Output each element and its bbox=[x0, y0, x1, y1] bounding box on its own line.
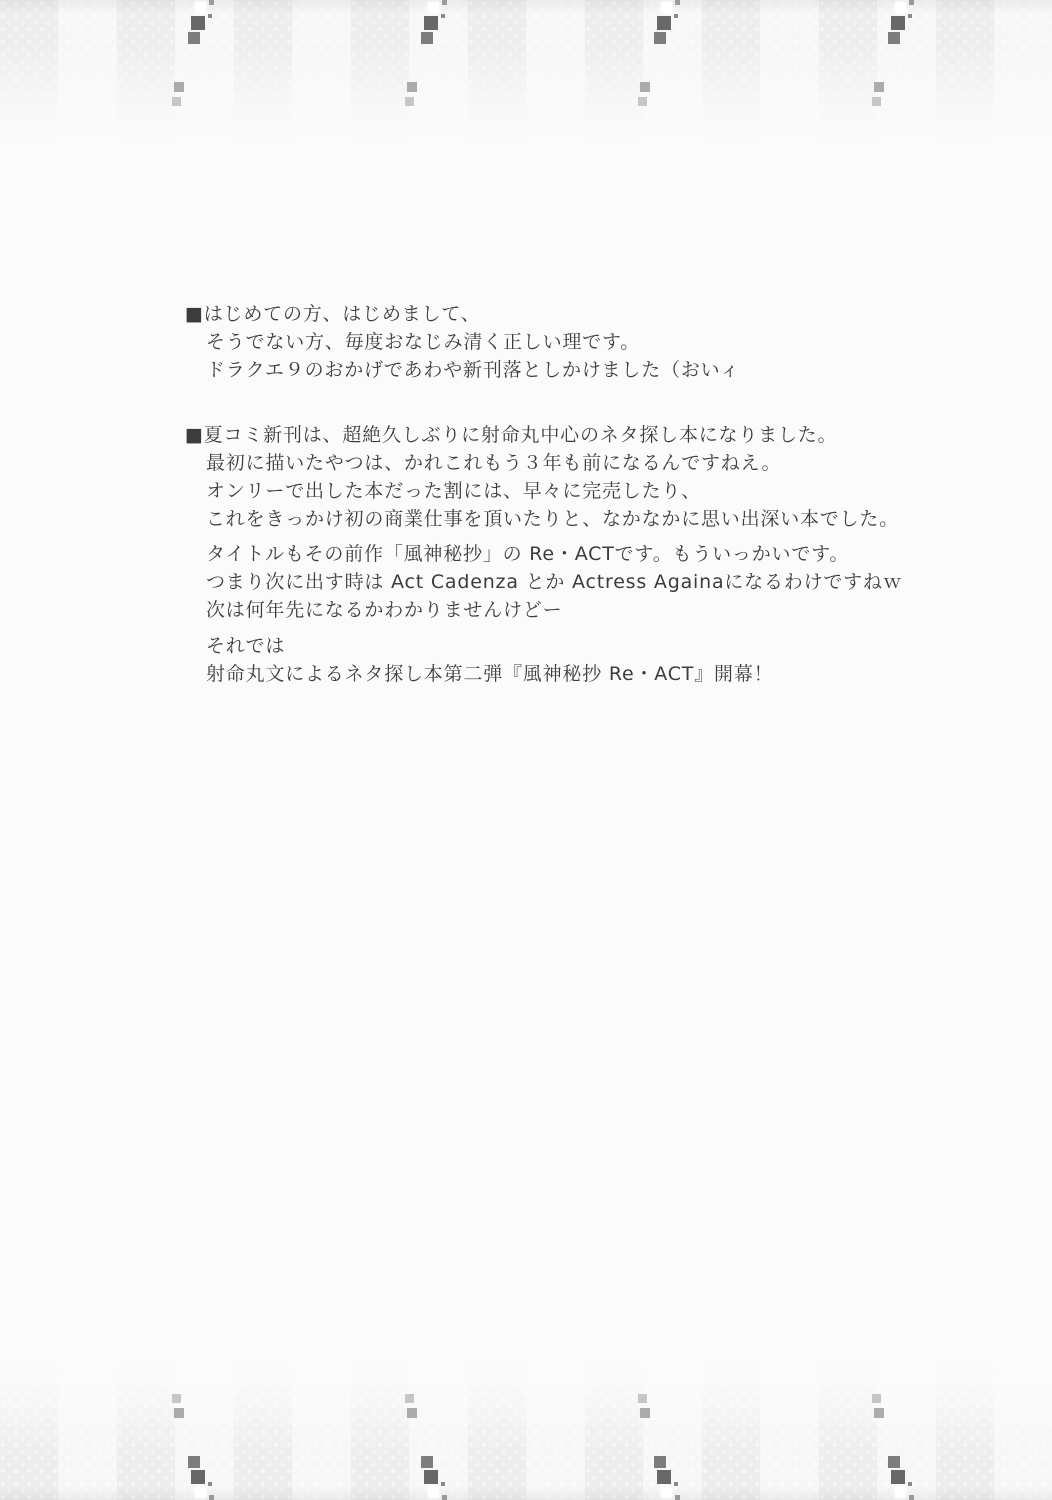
pixel-square-icon bbox=[441, 14, 445, 18]
pixel-square-icon bbox=[888, 1456, 900, 1468]
pixel-square-icon bbox=[441, 1482, 445, 1486]
top-decorative-band bbox=[0, 0, 1052, 150]
pixel-square-icon bbox=[208, 1482, 212, 1486]
bottom-decorative-band bbox=[0, 1350, 1052, 1500]
text-line: ドラクエ９のおかげであわや新刊落としかけました（おいィ bbox=[185, 356, 740, 384]
pixel-trail-ornament bbox=[872, 1385, 914, 1500]
pixel-trail-ornament bbox=[638, 0, 680, 115]
pixel-square-icon bbox=[424, 1470, 438, 1484]
pixel-square-icon bbox=[428, 2, 439, 13]
pixel-square-icon bbox=[675, 1495, 680, 1500]
pixel-trail-ornament bbox=[405, 0, 447, 115]
pixel-trail-ornament bbox=[405, 1385, 447, 1500]
pixel-trail-ornament bbox=[872, 0, 914, 115]
text-line: ■夏コミ新刊は、超絶久しぶりに射命丸中心のネタ探し本になりました。 bbox=[185, 421, 899, 449]
pixel-square-icon bbox=[195, 2, 206, 13]
scanned-afterword-page: ■はじめての方、はじめまして、 そうでない方、毎度おなじみ清く正しい理です。 ド… bbox=[0, 0, 1052, 1500]
pixel-square-icon bbox=[657, 16, 671, 30]
pixel-square-icon bbox=[405, 97, 414, 106]
text-line: オンリーで出した本だった割には、早々に完売したり、 bbox=[185, 477, 899, 505]
pixel-square-icon bbox=[208, 14, 212, 18]
pixel-trail-ornament bbox=[172, 1385, 214, 1500]
pixel-square-icon bbox=[188, 1456, 200, 1468]
text-line: 次は何年先になるかわかりませんけどー bbox=[185, 596, 903, 624]
pixel-square-icon bbox=[442, 0, 447, 5]
pixel-square-icon bbox=[191, 1470, 205, 1484]
pixel-square-icon bbox=[895, 1487, 906, 1498]
pixel-square-icon bbox=[407, 82, 417, 92]
pixel-square-icon bbox=[191, 16, 205, 30]
pixel-square-icon bbox=[888, 32, 900, 44]
pixel-square-icon bbox=[172, 97, 181, 106]
pixel-square-icon bbox=[442, 1495, 447, 1500]
pixel-square-icon bbox=[674, 14, 678, 18]
text-line: ■はじめての方、はじめまして、 bbox=[185, 300, 740, 328]
pixel-trail-ornament bbox=[638, 1385, 680, 1500]
pixel-square-icon bbox=[872, 97, 881, 106]
pixel-square-icon bbox=[421, 1456, 433, 1468]
text-line: つまり次に出す時は Act Cadenza とか Actress Againaに… bbox=[185, 568, 903, 596]
pixel-square-icon bbox=[654, 1456, 666, 1468]
pixel-square-icon bbox=[675, 0, 680, 5]
pixel-square-icon bbox=[891, 16, 905, 30]
pixel-square-icon bbox=[657, 1470, 671, 1484]
pixel-square-icon bbox=[195, 1487, 206, 1498]
pixel-square-icon bbox=[405, 1394, 414, 1403]
pixel-square-icon bbox=[209, 0, 214, 5]
pixel-square-icon bbox=[174, 82, 184, 92]
pixel-square-icon bbox=[908, 1482, 912, 1486]
pixel-square-icon bbox=[188, 32, 200, 44]
pixel-trail-ornament bbox=[172, 0, 214, 115]
pixel-square-icon bbox=[891, 1470, 905, 1484]
pixel-square-icon bbox=[640, 82, 650, 92]
pixel-square-icon bbox=[428, 1487, 439, 1498]
pixel-square-icon bbox=[661, 2, 672, 13]
pixel-square-icon bbox=[209, 1495, 214, 1500]
pixel-square-icon bbox=[895, 2, 906, 13]
pixel-square-icon bbox=[874, 1408, 884, 1418]
paragraph-new-book: ■夏コミ新刊は、超絶久しぶりに射命丸中心のネタ探し本になりました。 最初に描いた… bbox=[185, 421, 899, 533]
pixel-square-icon bbox=[407, 1408, 417, 1418]
pixel-square-icon bbox=[874, 82, 884, 92]
pixel-square-icon bbox=[421, 32, 433, 44]
pixel-square-icon bbox=[909, 0, 914, 5]
pixel-square-icon bbox=[172, 1394, 181, 1403]
pixel-square-icon bbox=[909, 1495, 914, 1500]
pixel-square-icon bbox=[908, 14, 912, 18]
text-line: 最初に描いたやつは、かれこれもう３年も前になるんですねえ。 bbox=[185, 449, 899, 477]
pixel-square-icon bbox=[661, 1487, 672, 1498]
pixel-square-icon bbox=[638, 97, 647, 106]
text-line: これをきっかけ初の商業仕事を頂いたりと、なかなかに思い出深い本でした。 bbox=[185, 505, 899, 533]
pixel-square-icon bbox=[872, 1394, 881, 1403]
pixel-square-icon bbox=[640, 1408, 650, 1418]
text-line: それでは bbox=[185, 632, 773, 660]
pixel-square-icon bbox=[174, 1408, 184, 1418]
text-line: タイトルもその前作「風神秘抄」の Re・ACTです。もういっかいです。 bbox=[185, 540, 903, 568]
pixel-square-icon bbox=[638, 1394, 647, 1403]
paragraph-title-explanation: タイトルもその前作「風神秘抄」の Re・ACTです。もういっかいです。 つまり次… bbox=[185, 540, 903, 624]
text-line: そうでない方、毎度おなじみ清く正しい理です。 bbox=[185, 328, 740, 356]
pixel-square-icon bbox=[424, 16, 438, 30]
text-line: 射命丸文によるネタ探し本第二弾『風神秘抄 Re・ACT』開幕！ bbox=[185, 660, 773, 688]
pixel-square-icon bbox=[654, 32, 666, 44]
paragraph-opening: それでは 射命丸文によるネタ探し本第二弾『風神秘抄 Re・ACT』開幕！ bbox=[185, 632, 773, 688]
paragraph-greeting: ■はじめての方、はじめまして、 そうでない方、毎度おなじみ清く正しい理です。 ド… bbox=[185, 300, 740, 384]
pixel-square-icon bbox=[674, 1482, 678, 1486]
